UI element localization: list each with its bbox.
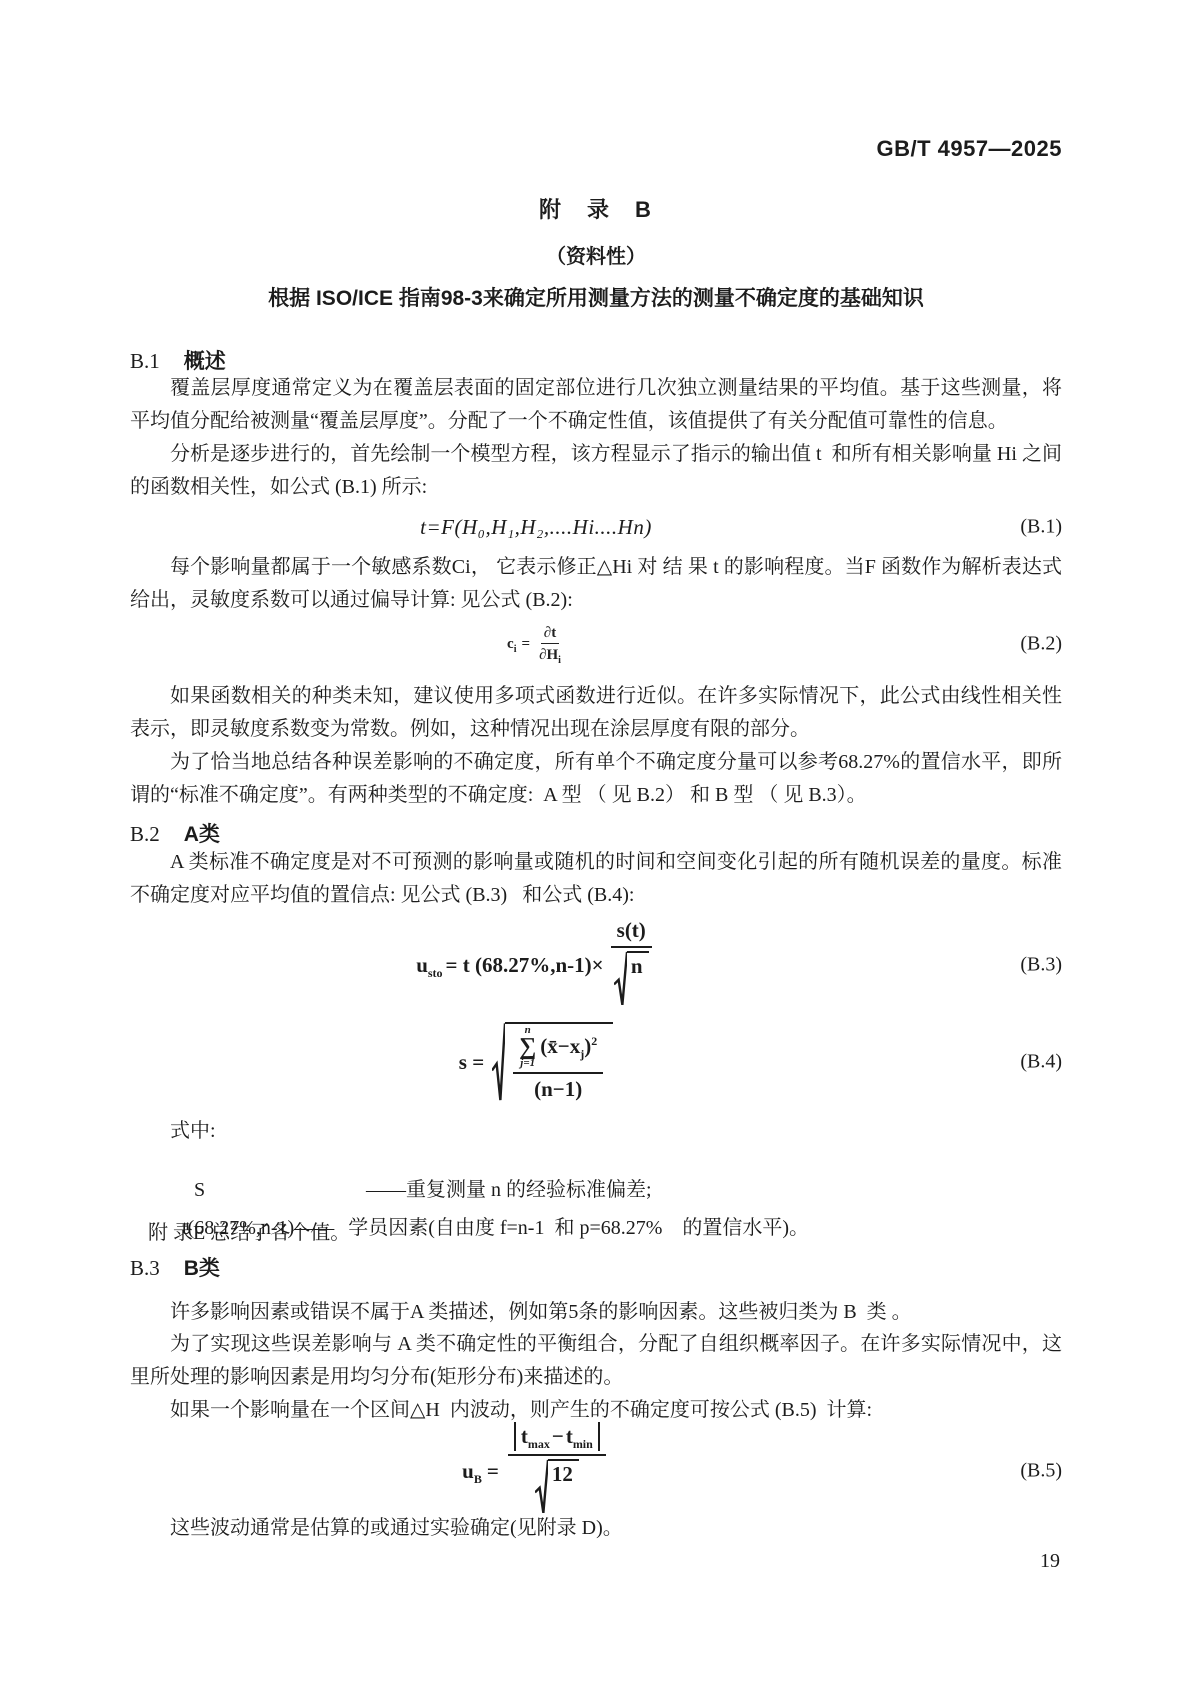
formula-b3-fraction: s(t) n (611, 918, 652, 1013)
formula-b1: t=F(H₀,H₁,H₂,....Hi....Hn) (B.1) (130, 505, 1062, 549)
formula-b3-label: (B.3) (1020, 954, 1062, 977)
sqrt-radical: n ∑ j=1 (x̄−xj)2 (n−1) (492, 1022, 613, 1103)
paragraph-b1-5: 为了恰当地总结各种误差影响的不确定度，所有单个不确定度分量可以参考68.27%的… (130, 746, 1062, 812)
formula-b4: s = n ∑ j=1 (x̄−xj)2 (n−1) (B.4) (130, 1014, 1062, 1110)
radical-sign-icon (614, 951, 627, 1007)
absolute-value-expression: tmax−tmin (514, 1422, 600, 1451)
paragraph-b3-4: 这些波动通常是估算的或通过实验确定(见附录 D)。 (130, 1512, 1062, 1545)
section-b2-title: A类 (184, 823, 220, 846)
formula-b2-denominator: ∂Hi (539, 644, 561, 664)
formula-b2-numerator: ∂t (541, 625, 559, 644)
formula-b5: uB = tmax−tmin 12 (B.5) (130, 1430, 1062, 1512)
formula-b1-body: t=F(H₀,H₁,H₂,....Hi....Hn) (420, 515, 652, 540)
formula-b4-radicand: n ∑ j=1 (x̄−xj)2 (n−1) (505, 1022, 613, 1103)
paragraph-b1-2: 分析是逐步进行的，首先绘制一个模型方程，该方程显示了指示的输出值 t 和所有相关… (130, 438, 1062, 504)
radical-sign-icon (535, 1459, 548, 1515)
paragraph-b2-1: A 类标准不确定度是对不可预测的影响量或随机的时间和空间变化引起的所有随机误差的… (130, 846, 1062, 912)
where-label: 式中: (130, 1118, 1102, 1145)
where-note: 附 录E 总结了各个值。 (130, 1220, 1080, 1247)
formula-b1-label: (B.1) (1020, 516, 1062, 539)
formula-b4-numerator: n ∑ j=1 (x̄−xj)2 (513, 1025, 603, 1075)
page-number: 19 (1040, 1550, 1060, 1573)
formula-b2-label: (B.2) (1020, 633, 1062, 656)
formula-b2: ci = ∂t ∂Hi (B.2) (130, 612, 1062, 676)
formula-b3-denominator: n (614, 948, 649, 1013)
formula-b5-numerator: tmax−tmin (508, 1422, 606, 1456)
formula-b5-denominator: 12 (535, 1456, 579, 1521)
radical-sign-icon (492, 1022, 505, 1103)
formula-b4-term: (x̄−xj)2 (540, 1035, 597, 1058)
sqrt-radical: 12 (535, 1459, 579, 1515)
formula-b5-label: (B.5) (1020, 1460, 1062, 1483)
summation-symbol: n ∑ j=1 (519, 1025, 536, 1070)
formula-b5-equals: = (487, 1459, 499, 1484)
formula-b4-lhs: s = (459, 1050, 484, 1075)
paragraph-b1-1: 覆盖层厚度通常定义为在覆盖层表面的固定部位进行几次独立测量结果的平均值。基于这些… (130, 372, 1062, 438)
paragraph-b3-2: 为了实现这些误差影响与 A 类不确定性的平衡组合，分配了自组织概率因子。在许多实… (130, 1328, 1062, 1394)
formula-b2-fraction: ∂t ∂Hi (539, 625, 561, 664)
formula-b5-lhs: uB (462, 1459, 482, 1484)
section-b1-heading: B.1概述 (130, 345, 226, 375)
paragraph-b1-4: 如果函数相关的种类未知，建议使用多项式函数进行近似。在许多实际情况下，此公式由线… (130, 680, 1062, 746)
appendix-heading: 根据 ISO/ICE 指南98-3来确定所用测量方法的测量不确定度的基础知识 (130, 282, 1062, 312)
formula-b3: usto = t (68.27%,n-1)× s(t) n (B.3) (130, 922, 1062, 1008)
section-b2-number: B.2 (130, 822, 160, 846)
appendix-classification: （资料性） (130, 240, 1062, 269)
section-b3-title: B类 (184, 1257, 220, 1280)
document-page: GB/T 4957—2025 附 录 B （资料性） 根据 ISO/ICE 指南… (0, 0, 1190, 1684)
paragraph-b3-1: 许多影响因素或错误不属于A 类描述，例如第5条的影响因素。这些被归类为 B 类 … (130, 1296, 1062, 1329)
appendix-title: 附 录 B (130, 193, 1062, 224)
formula-b4-denominator: (n−1) (534, 1074, 582, 1102)
formula-b4-label: (B.4) (1020, 1051, 1062, 1074)
sqrt-radical: n (614, 951, 649, 1007)
section-b1-number: B.1 (130, 349, 160, 373)
formula-b3-mid: = t (68.27%,n-1)× (446, 953, 604, 978)
formula-b3-numerator: s(t) (611, 918, 652, 948)
formula-b2-lhs: ci (507, 636, 516, 653)
section-b3-heading: B.3B类 (130, 1252, 220, 1282)
section-b1-title: 概述 (184, 350, 226, 373)
formula-b5-fraction: tmax−tmin 12 (508, 1422, 606, 1521)
formula-b4-fraction: n ∑ j=1 (x̄−xj)2 (n−1) (513, 1025, 603, 1103)
section-b2-heading: B.2A类 (130, 818, 220, 848)
paragraph-b1-3: 每个影响量都属于一个敏感系数Ci， 它表示修正△Hi 对 结 果 t 的影响程度… (130, 551, 1062, 617)
formula-b3-lhs: usto (416, 953, 442, 978)
section-b3-number: B.3 (130, 1256, 160, 1280)
doc-number: GB/T 4957—2025 (876, 136, 1062, 162)
formula-b2-equals: = (522, 636, 531, 653)
